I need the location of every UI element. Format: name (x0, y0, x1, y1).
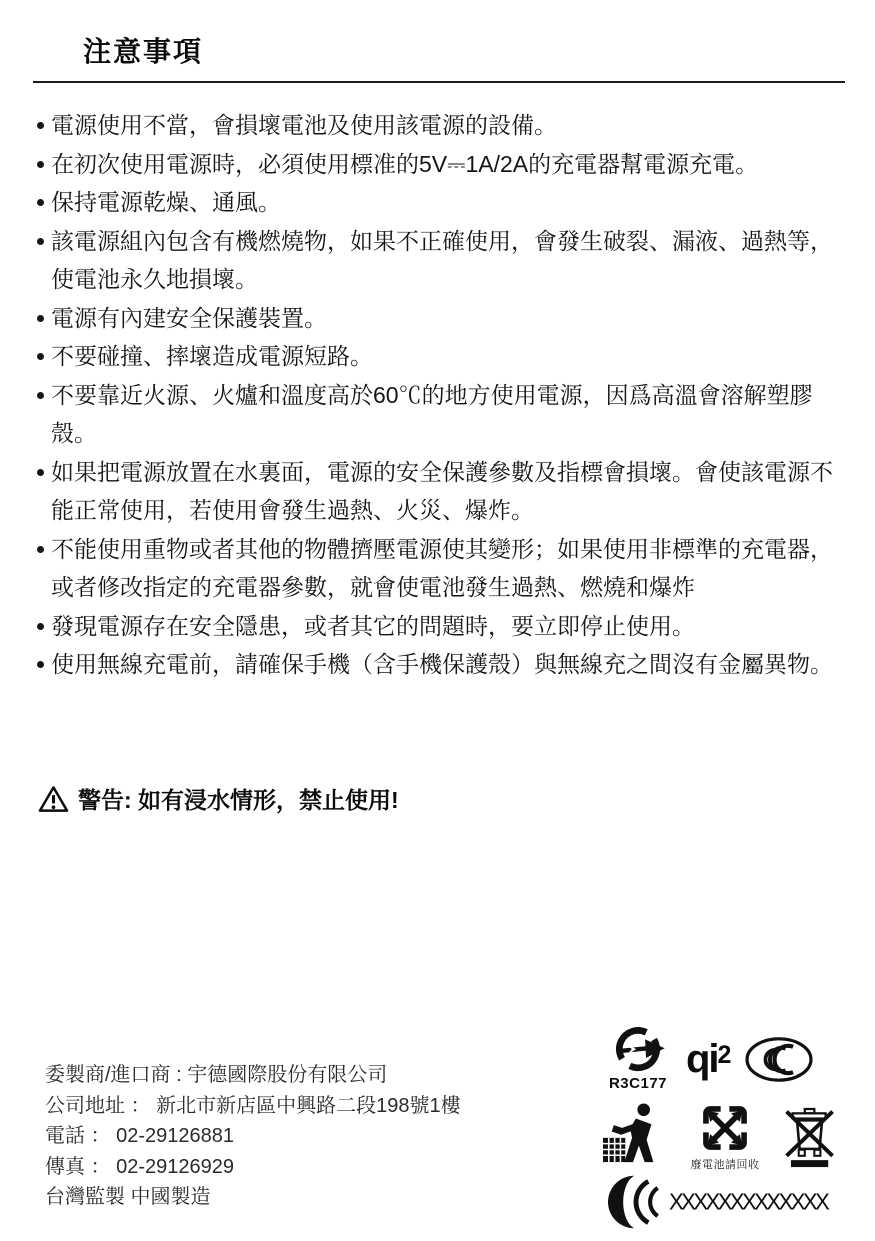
manufacturer-line: 台灣監製 中國製造 (45, 1182, 461, 1213)
tidy-man-icon (602, 1102, 666, 1164)
qi2-label: qi (686, 1037, 718, 1081)
notice-item: 如果把電源放置在水裏面，電源的安全保護參數及指標會損壞。會使該電源不能正常使用，… (37, 453, 837, 530)
manufacturer-line: 電話 ： 02-29126881 (45, 1121, 461, 1152)
qi2-logo: qi2 (686, 1039, 731, 1079)
notice-item: 電源有內建安全保護裝置。 (37, 299, 837, 338)
battery-recycling: 廢電池請回收 (680, 1102, 770, 1172)
precautions-page: 注意事項 電源使用不當，會損壞電池及使用該電源的設備。在初次使用電源時，必須使用… (0, 0, 875, 1241)
bsmi-certification: R3C177 (602, 1026, 674, 1092)
manufacturer-line: 公司地址 ： 新北市新店區中興路二段198號1樓 (45, 1091, 461, 1122)
manufacturer-info: 委製商/進口商 : 宇德國際股份有限公司公司地址 ： 新北市新店區中興路二段19… (45, 1060, 461, 1213)
bsmi-icon (609, 1026, 667, 1074)
cert-row-1: R3C177 qi2 (602, 1026, 870, 1092)
warning-triangle-icon (38, 785, 69, 813)
warning-text: 警告: 如有浸水情形，禁止使用! (78, 782, 399, 815)
notice-item: 在初次使用電源時，必須使用標准的5V⎓1A/2A的充電器幫電源充電。 (37, 145, 837, 184)
title-divider (33, 81, 845, 83)
weee-bin-icon (784, 1102, 836, 1168)
notice-list: 電源使用不當，會損壞電池及使用該電源的設備。在初次使用電源時，必須使用標准的5V… (37, 106, 837, 684)
manufacturer-line: 委製商/進口商 : 宇德國際股份有限公司 (45, 1060, 461, 1091)
notice-item: 保持電源乾燥、通風。 (37, 183, 837, 222)
bsmi-code: R3C177 (609, 1075, 667, 1092)
cert-row-2: 廢電池請回收 (602, 1102, 870, 1172)
certification-logos: R3C177 qi2 (602, 1026, 870, 1230)
battery-recycling-icon (698, 1102, 752, 1154)
notice-item: 不能使用重物或者其他的物體擠壓電源使其變形；如果使用非標準的充電器，或者修改指定… (37, 530, 837, 607)
notice-item: 不要碰撞、摔壞造成電源短路。 (37, 337, 837, 376)
notice-item: 使用無線充電前，請確保手機（含手機保護殼）與無線充之間沒有金屬異物。 (37, 645, 837, 684)
notice-item: 電源使用不當，會損壞電池及使用該電源的設備。 (37, 106, 837, 145)
ccc-certification-icon (743, 1036, 815, 1083)
cert-row-3: XXXXXXXXXXXXX (608, 1174, 870, 1230)
manufacturer-line: 傳真 ： 02-29126929 (45, 1152, 461, 1183)
notice-item: 發現電源存在安全隱患，或者其它的問題時，要立即停止使用。 (37, 607, 837, 646)
page-title: 注意事項 (83, 30, 203, 70)
ncc-code: XXXXXXXXXXXXX (669, 1188, 827, 1215)
battery-recycle-label: 廢電池請回收 (691, 1156, 760, 1172)
qi2-version: 2 (718, 1041, 732, 1069)
ncc-certification-icon (608, 1174, 668, 1230)
notice-item: 該電源組內包含有機燃燒物，如果不正確使用，會發生破裂、漏液、過熱等，使電池永久地… (37, 222, 837, 299)
notice-item: 不要靠近火源、火爐和溫度高於60℃的地方使用電源，因爲高溫會溶解塑膠殼。 (37, 376, 837, 453)
warning-note: 警告: 如有浸水情形，禁止使用! (38, 782, 399, 815)
